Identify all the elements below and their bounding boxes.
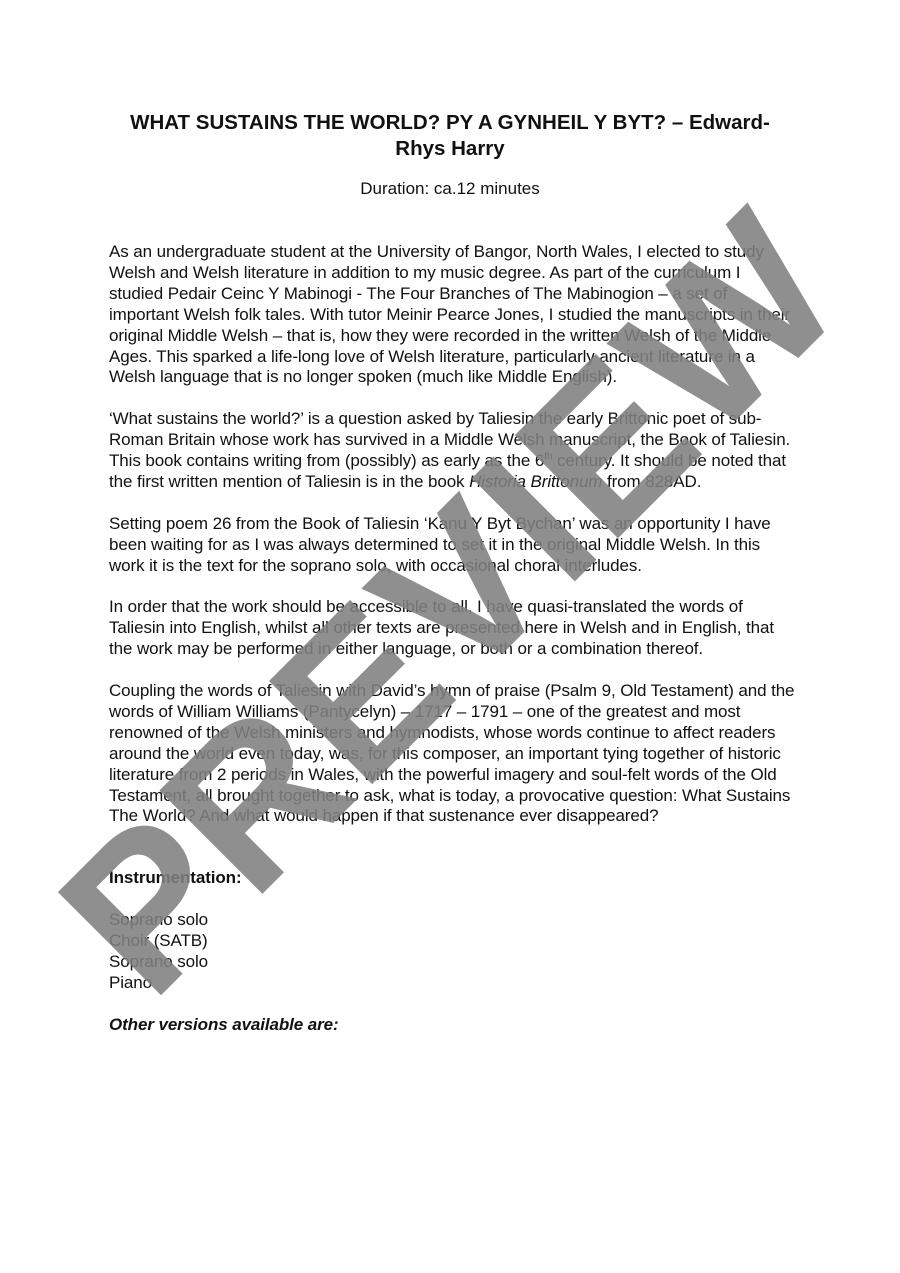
instrument-item: Choir (SATB) — [109, 931, 799, 952]
instrument-item: Piano — [109, 973, 799, 994]
paragraph-setting: Setting poem 26 from the Book of Taliesi… — [109, 514, 799, 577]
document-page: WHAT SUSTAINS THE WORLD? PY A GYNHEIL Y … — [0, 0, 900, 1273]
taliesin-text-end: from 828AD. — [602, 472, 701, 491]
document-body: As an undergraduate student at the Unive… — [109, 242, 799, 1056]
document-title: WHAT SUSTAINS THE WORLD? PY A GYNHEIL Y … — [108, 110, 792, 162]
duration-text: Duration: ca.12 minutes — [108, 178, 792, 200]
instrument-item: Soprano solo — [109, 952, 799, 973]
other-versions-heading: Other versions available are: — [109, 1015, 799, 1036]
title-line-1: WHAT SUSTAINS THE WORLD? PY A GYNHEIL Y … — [108, 110, 792, 136]
paragraph-coupling: Coupling the words of Taliesin with Davi… — [109, 681, 799, 827]
title-line-2: Rhys Harry — [108, 136, 792, 162]
paragraph-taliesin: ‘What sustains the world?’ is a question… — [109, 409, 799, 493]
paragraph-accessibility: In order that the work should be accessi… — [109, 597, 799, 660]
book-title-historia-brittonum: Historia Brittonum — [469, 472, 602, 491]
instrumentation-list: Soprano solo Choir (SATB) Soprano solo P… — [109, 910, 799, 994]
paragraph-background: As an undergraduate student at the Unive… — [109, 242, 799, 388]
instrumentation-heading: Instrumentation: — [109, 868, 799, 889]
instrument-item: Soprano solo — [109, 910, 799, 931]
